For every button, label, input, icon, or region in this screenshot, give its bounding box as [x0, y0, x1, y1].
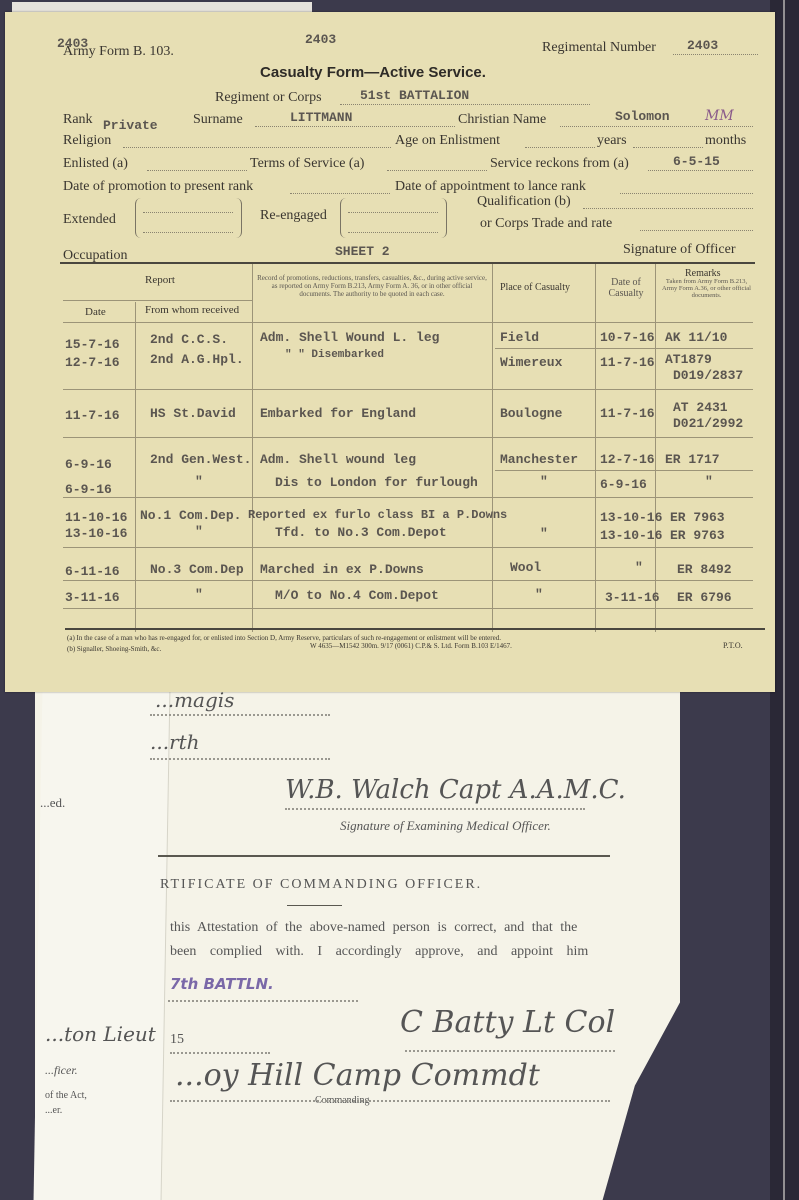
footnote-b: (b) Signaller, Shoeing-Smith, &c.	[67, 645, 161, 653]
cell-date-casualty: 11-7-16	[600, 355, 655, 370]
christian-name-value: Solomon	[615, 109, 670, 124]
row-divider	[63, 389, 753, 390]
col-divider	[595, 264, 596, 632]
cell-record: Tfd. to No.3 Com.Depot	[275, 525, 447, 540]
row-divider	[63, 322, 753, 323]
section-divider	[158, 855, 610, 857]
cell-place: "	[540, 526, 548, 541]
cell-from: No.3 Com.Dep	[150, 562, 244, 577]
cell-remarks: D019/2837	[673, 368, 743, 383]
cell-place: Boulogne	[500, 406, 562, 421]
pto-label: P.T.O.	[723, 641, 743, 650]
rank-label: Rank	[63, 112, 93, 128]
cell-date: 15-7-16	[65, 337, 120, 352]
dots	[143, 232, 233, 233]
enlisted-label: Enlisted (a)	[63, 156, 128, 172]
cell-date-casualty: 3-11-16	[605, 590, 660, 605]
dots	[648, 170, 753, 171]
row-divider	[63, 497, 753, 498]
cell-remarks: ER 1717	[665, 452, 720, 467]
cell-record: Adm. Shell Wound L. leg	[260, 330, 439, 345]
cell-place: "	[540, 474, 548, 489]
handwritten-line-2: ...rth	[150, 730, 200, 754]
header-place: Place of Casualty	[500, 282, 570, 293]
cell-date: 6-9-16	[65, 482, 112, 497]
service-reckons-value: 6-5-15	[673, 154, 720, 169]
header-date-casualty: Date of Casualty	[599, 277, 653, 299]
dots	[633, 147, 703, 148]
religion-label: Religion	[63, 133, 111, 149]
cell-record: Marched in ex P.Downs	[260, 562, 424, 577]
cell-from: No.1 Com.Dep.	[140, 508, 241, 523]
cell-date-casualty: 13-10-16	[600, 510, 662, 525]
header-rule	[60, 262, 755, 264]
certificate-title: RTIFICATE OF COMMANDING OFFICER.	[160, 877, 482, 893]
row-divider	[495, 470, 753, 471]
cell-date-casualty: 11-7-16	[600, 406, 655, 421]
year-fragment: 15	[170, 1032, 184, 1048]
col-divider	[252, 264, 253, 632]
cell-from: "	[195, 524, 203, 539]
dots	[348, 232, 438, 233]
dotted-line	[150, 758, 330, 760]
dots	[525, 147, 595, 148]
christian-name-label: Christian Name	[458, 112, 546, 128]
cell-place: Field	[500, 330, 539, 345]
cell-from: HS St.David	[150, 406, 236, 421]
cell-remarks: AT1879	[665, 352, 712, 367]
row-divider	[63, 300, 252, 301]
cell-date-casualty: "	[635, 560, 643, 575]
dots	[340, 104, 590, 105]
cell-record: Embarked for England	[260, 406, 416, 421]
cell-from: 2nd Gen.West.	[150, 452, 251, 467]
left-flap-sheet	[34, 690, 171, 1200]
cell-date-casualty: 10-7-16	[600, 330, 655, 345]
service-reckons-label: Service reckons from (a)	[490, 156, 629, 172]
left-officer-label: ...ficer.	[45, 1063, 78, 1078]
cell-remarks: ER 6796	[677, 590, 732, 605]
cell-place: Wimereux	[500, 355, 562, 370]
cell-record: Reported ex furlo class BI a P.Downs	[248, 508, 507, 522]
cell-from: "	[195, 474, 203, 489]
sheet-number: SHEET 2	[335, 244, 390, 259]
commanding-officer-signature: C Batty Lt Col	[400, 1005, 615, 1040]
row-divider	[495, 348, 753, 349]
cell-date: 12-7-16	[65, 355, 120, 370]
dots	[620, 193, 753, 194]
row-divider	[63, 608, 753, 609]
months-label: months	[705, 133, 746, 149]
surname-value: LITTMANN	[290, 110, 352, 125]
dots	[143, 212, 233, 213]
regimental-number-label: Regimental Number	[542, 40, 656, 56]
certificate-line-2: been complied with. I accordingly approv…	[170, 944, 588, 960]
cell-record: " " Disembarked	[285, 349, 384, 361]
form-name: Army Form B. 103.	[63, 44, 174, 60]
promotion-label: Date of promotion to present rank	[63, 179, 253, 195]
terms-label: Terms of Service (a)	[250, 156, 364, 172]
col-divider	[492, 264, 493, 632]
cell-date: 3-11-16	[65, 590, 120, 605]
qualification-label: Qualification (b)	[477, 194, 571, 210]
reengaged-label: Re-engaged	[260, 208, 327, 224]
cell-remarks: AK 11/10	[665, 330, 727, 345]
dotted-line	[168, 1000, 358, 1002]
cell-date: 6-9-16	[65, 457, 112, 472]
cell-remarks: ER 9763	[670, 528, 725, 543]
left-er-text: ...er.	[45, 1105, 62, 1116]
rank-value: Private	[103, 118, 158, 133]
cell-date: 11-10-16	[65, 510, 127, 525]
cell-place: Manchester	[500, 452, 578, 467]
cell-remarks: ER 7963	[670, 510, 725, 525]
cell-date: 11-7-16	[65, 408, 120, 423]
footer-rule	[65, 628, 765, 630]
cell-record: M/O to No.4 Com.Depot	[275, 588, 439, 603]
col-divider	[655, 264, 656, 632]
dotted-line	[405, 1050, 615, 1052]
medical-officer-label: Signature of Examining Medical Officer.	[340, 818, 551, 834]
cell-remarks: ER 8492	[677, 562, 732, 577]
cell-date-casualty: 6-9-16	[600, 477, 647, 492]
years-label: years	[597, 133, 627, 149]
dots	[673, 54, 758, 55]
regimental-number: 2403	[687, 38, 718, 53]
dots	[123, 147, 391, 148]
cell-record: Dis to London for furlough	[275, 475, 478, 490]
number-top-center: 2403	[305, 32, 336, 47]
header-remarks-note: Taken from Army Form B.213, Army Form A.…	[659, 278, 754, 299]
cell-from: 2nd C.C.S.	[150, 332, 228, 347]
dots	[640, 230, 753, 231]
title-rule	[287, 905, 342, 906]
medical-officer-signature: W.B. Walch Capt A.A.M.C.	[285, 775, 626, 805]
cell-place: Wool	[510, 560, 541, 575]
certificate-line-1: this Attestation of the above-named pers…	[170, 920, 577, 936]
age-label: Age on Enlistment	[395, 133, 500, 149]
battalion-stamp: 7th BATTLN.	[170, 975, 274, 993]
cell-from: "	[195, 587, 203, 602]
extended-label: Extended	[63, 212, 116, 228]
row-divider	[63, 547, 753, 548]
left-act-text: of the Act,	[45, 1090, 87, 1101]
cell-record: Adm. Shell wound leg	[260, 452, 416, 467]
col-divider	[135, 302, 136, 632]
regiment-label: Regiment or Corps	[215, 90, 322, 106]
cell-date: 13-10-16	[65, 526, 127, 541]
regiment-value: 51st BATTALION	[360, 88, 469, 103]
camp-commandant-signature: ...oy Hill Camp Commdt	[175, 1058, 540, 1093]
dotted-line	[170, 1100, 610, 1102]
trade-label: or Corps Trade and rate	[480, 216, 612, 232]
lance-label: Date of appointment to lance rank	[395, 179, 586, 195]
left-flap-text: ...ed.	[40, 795, 65, 811]
printer-info: W 4635—M1542 300m. 9/17 (0061) C.P.& S. …	[310, 642, 512, 650]
header-date: Date	[85, 306, 106, 318]
edge-line	[783, 0, 785, 1200]
mm-annotation: MM	[705, 108, 734, 124]
dots	[348, 212, 438, 213]
dots	[255, 126, 455, 127]
row-divider	[63, 580, 753, 581]
cell-from: 2nd A.G.Hpl.	[150, 352, 244, 367]
header-record: Record of promotions, reductions, transf…	[257, 274, 487, 298]
cell-remarks: "	[705, 474, 713, 489]
casualty-form: 2403 Army Form B. 103. 2403 Regimental N…	[5, 12, 775, 692]
cell-place: "	[535, 587, 543, 602]
cell-date-casualty: 13-10-16	[600, 528, 662, 543]
dots	[387, 170, 487, 171]
left-signature: ...ton Lieut	[45, 1022, 156, 1046]
footnote-a: (a) In the case of a man who has re-enga…	[67, 634, 501, 642]
signature-officer-label: Signature of Officer	[623, 242, 735, 258]
signature-line	[285, 808, 585, 810]
dots	[583, 208, 753, 209]
dotted-line	[170, 1052, 270, 1054]
surname-label: Surname	[193, 112, 243, 128]
dotted-line	[150, 714, 330, 716]
cell-remarks: D021/2992	[673, 416, 743, 431]
header-report: Report	[145, 274, 175, 286]
dots	[560, 126, 753, 127]
form-title: Casualty Form—Active Service.	[260, 64, 486, 81]
dots	[147, 170, 247, 171]
cell-date-casualty: 12-7-16	[600, 452, 655, 467]
cell-remarks: AT 2431	[673, 400, 728, 415]
row-divider	[63, 437, 753, 438]
cell-date: 6-11-16	[65, 564, 120, 579]
dots	[290, 193, 390, 194]
header-from-whom: From whom received	[145, 304, 239, 316]
